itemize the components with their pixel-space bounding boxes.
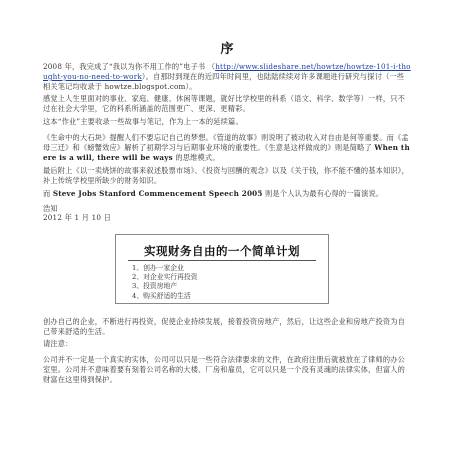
plan-title: 实现财务自由的一个简单计划: [128, 243, 316, 261]
paragraph-homework: 这本“作业”主要收录一些故事与笔记，作为上一本的延续篇。: [43, 117, 411, 127]
plan-list: 1、创办一家企业 2、对企业实行再投资 3、投资房地产 4、购买舒适的生活: [132, 264, 198, 301]
stories-text-suffix: 的思维模式。: [173, 153, 220, 162]
paragraph-life-subjects: 感觉上人生里面对的事业、家庭、健康、休闲等课题，就好比学校里的科系（语文、科学、…: [43, 94, 411, 114]
intro-text: 2008 年，我完成了“我以为你不用工作的”电子书 （: [43, 62, 215, 71]
paragraph-intro: 2008 年，我完成了“我以为你不用工作的”电子书 （http://www.sl…: [43, 62, 411, 92]
steve-jobs-speech: Steve Jobs Stanford Commencement Speech …: [53, 189, 263, 198]
note-label: 请注意：: [43, 339, 411, 349]
plan-item: 1、创办一家企业: [132, 264, 198, 273]
plan-box: 实现财务自由的一个简单计划 1、创办一家企业 2、对企业实行再投资 3、投资房地…: [115, 234, 329, 304]
paragraph-appendix: 最后附上《以一卖烧饼的故事来叙述股票市场》、《投资与回酬的观念》以及《关于钱，你…: [43, 166, 411, 186]
speech-text-suffix: 则是个人认为最有心得的一篇演说。: [263, 189, 384, 198]
page-title: 序: [43, 38, 411, 57]
paragraph-stories: 《生命中的大石块》提醒人们不要忘记自己的梦想。《管道的故事》则说明了被动收入对自…: [43, 133, 411, 163]
plan-item: 4、购买舒适的生活: [132, 292, 198, 301]
paragraph-plan-summary: 创办自己的企业，不断进行再投资，促使企业持续发展，接着投资房地产，然后，让这些企…: [43, 317, 411, 337]
speech-text: 而: [43, 189, 53, 198]
plan-item: 3、投资房地产: [132, 282, 198, 291]
paragraph-company-note: 公司并不一定是一个真实的实体，公司可以只是一些符合法律要求的文件，在政府注册后就…: [43, 355, 411, 385]
paragraph-speech: 而 Steve Jobs Stanford Commencement Speec…: [43, 189, 411, 199]
stories-text: 《生命中的大石块》提醒人们不要忘记自己的梦想。《管道的故事》则说明了被动收入对自…: [43, 133, 409, 152]
signature-date: 2012 年 1 月 10 日: [43, 213, 411, 223]
